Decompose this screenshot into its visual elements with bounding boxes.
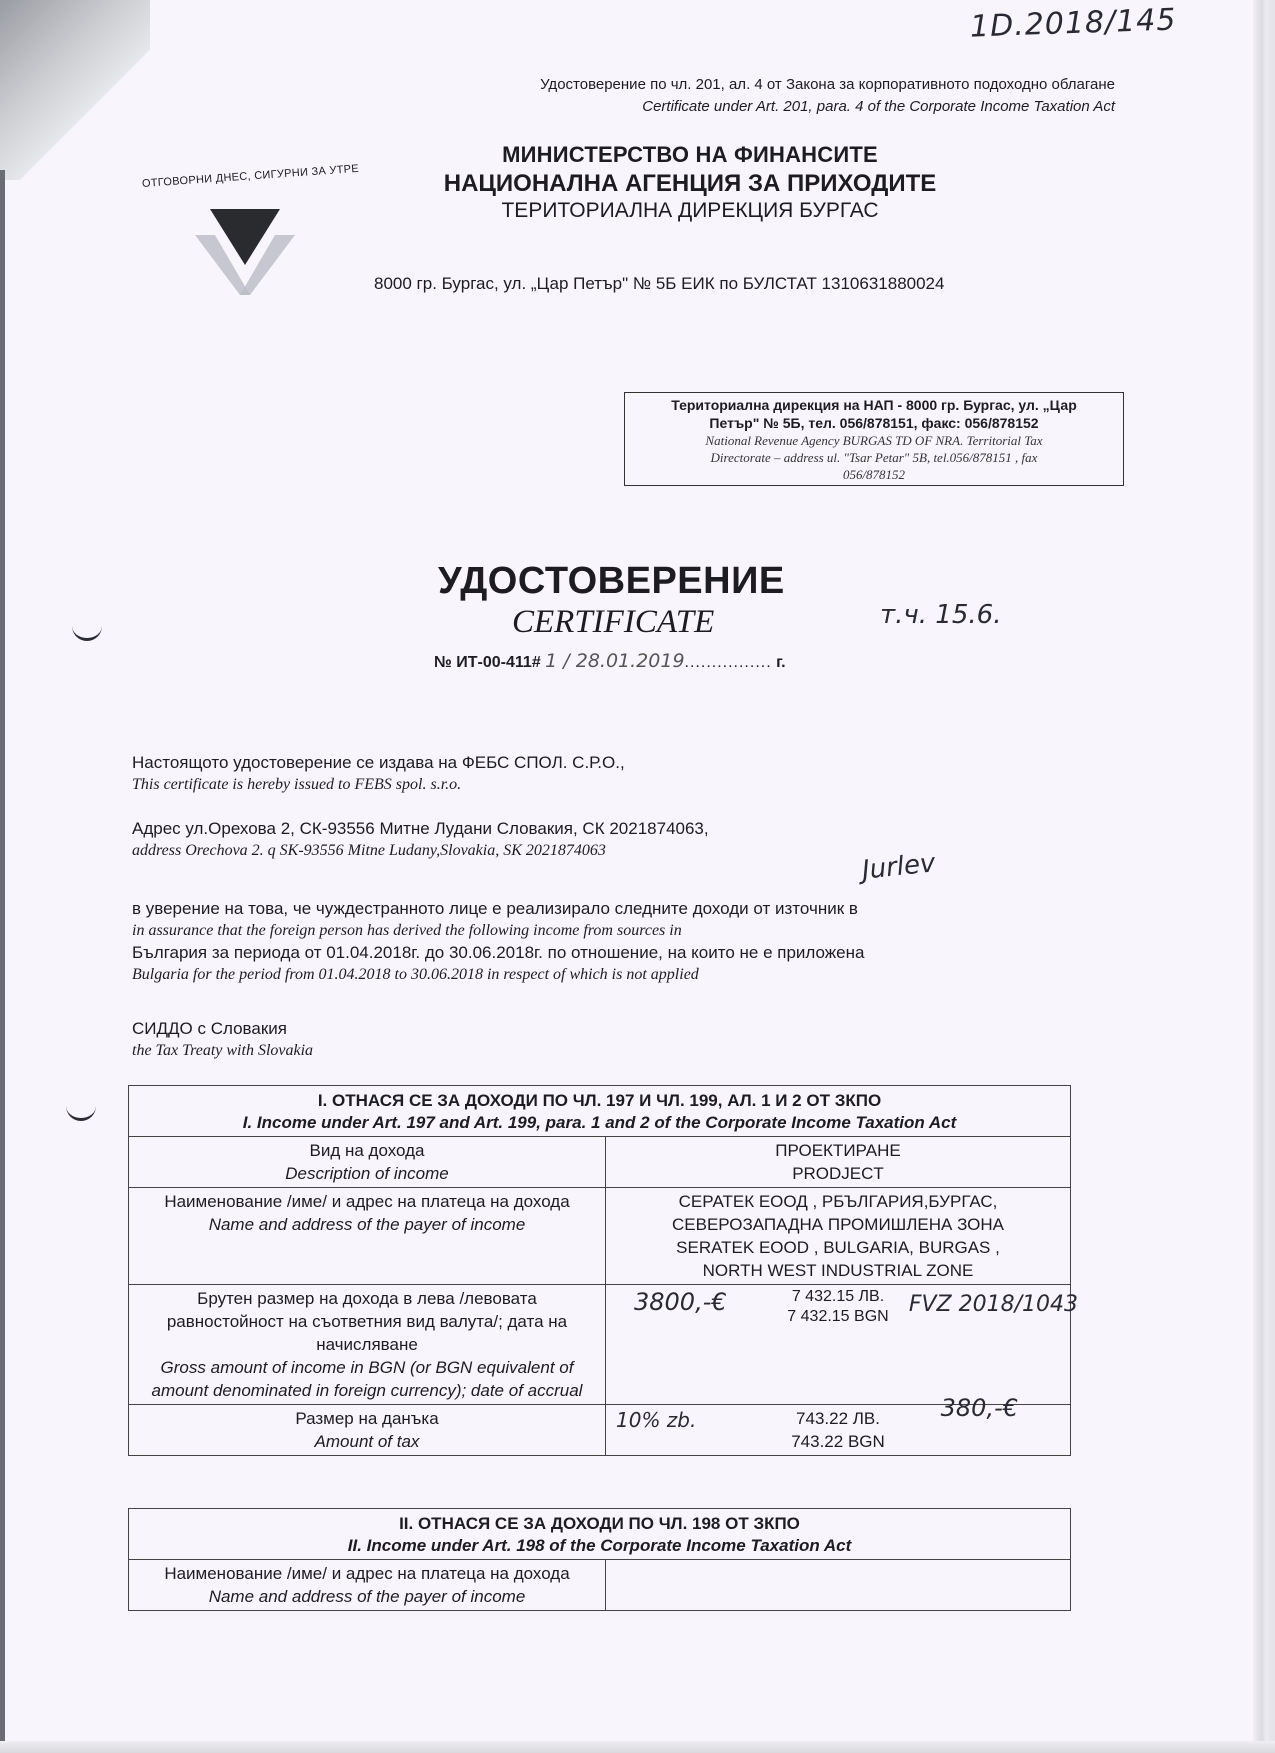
section2-title-en: II. Income under Art. 198 of the Corpora… (131, 1535, 1068, 1557)
table-row: Наименование /име/ и адрес на платеца на… (129, 1188, 1071, 1285)
handwritten-reference-number: 1D.2018/145 (969, 2, 1177, 44)
punch-hole-mark (66, 1098, 96, 1121)
assurance-paragraph: в уверение на това, че чуждестранното ли… (132, 898, 864, 986)
issued-to-bg: Настоящото удостоверение се издава на ФЕ… (132, 752, 625, 774)
stamp-line-en-1: National Revenue Agency BURGAS TD OF NRA… (625, 432, 1123, 449)
agency-address: 8000 гр. Бургас, ул. „Цар Петър" № 5Б ЕИ… (374, 274, 944, 294)
address-paragraph: Адрес ул.Орехова 2, СК-93556 Митне Лудан… (132, 818, 709, 862)
row-label: Наименование /име/ и адрес на платеца на… (129, 1188, 606, 1285)
treaty-paragraph: СИДДО с Словакия the Tax Treaty with Slo… (132, 1018, 313, 1062)
value-line: ПРОЕКТИРАНЕ (609, 1139, 1067, 1162)
label-bg: Наименование /име/ и адрес на платеца на… (132, 1562, 602, 1585)
label-bg: Вид на дохода (132, 1139, 602, 1162)
certificate-number-prefix: № ИТ-00-411# (434, 654, 541, 671)
section2-title-bg: II. ОТНАСЯ СЕ ЗА ДОХОДИ ПО ЧЛ. 198 ОТ ЗК… (131, 1513, 1068, 1535)
logo-motto: ОТГОВОРНИ ДНЕС, СИГУРНИ ЗА УТРЕ (142, 163, 360, 190)
section2-header: II. ОТНАСЯ СЕ ЗА ДОХОДИ ПО ЧЛ. 198 ОТ ЗК… (129, 1509, 1071, 1560)
label-bg: Брутен размер на дохода в лева /левовата… (132, 1287, 602, 1356)
page-edge-right (1253, 0, 1275, 1753)
row-label: Вид на дохода Description of income (129, 1137, 606, 1188)
ministry-name: МИНИСТЕРСТВО НА ФИНАНСИТЕ (380, 142, 1000, 168)
handwritten-tax-rate: 10% zb. (616, 1409, 696, 1432)
section1-title-en: I. Income under Art. 197 and Art. 199, p… (131, 1112, 1068, 1134)
nra-address-stamp: Териториална дирекция на НАП - 8000 гр. … (624, 392, 1124, 486)
punch-hole-mark (72, 618, 102, 641)
handwritten-tax-eur: 380,-€ (941, 1397, 1018, 1420)
recipient-address-en: address Orechova 2. q SK-93556 Mitne Lud… (132, 840, 709, 862)
page-edge-bottom (0, 1741, 1275, 1753)
table-row: Наименование /име/ и адрес на платеца на… (129, 1560, 1071, 1611)
label-en: Description of income (132, 1162, 602, 1185)
issued-to-paragraph: Настоящото удостоверение се издава на ФЕ… (132, 752, 625, 796)
handwritten-invoice-number: FVZ 2018/1043 (909, 1293, 1078, 1316)
value-line: PRODJECT (609, 1162, 1067, 1185)
section1-header: I. ОТНАСЯ СЕ ЗА ДОХОДИ ПО ЧЛ. 197 И ЧЛ. … (129, 1086, 1071, 1137)
treaty-bg: СИДДО с Словакия (132, 1018, 313, 1040)
section2-income-table: II. ОТНАСЯ СЕ ЗА ДОХОДИ ПО ЧЛ. 198 ОТ ЗК… (128, 1508, 1071, 1611)
label-en: Name and address of the payer of income (132, 1585, 602, 1608)
directorate-name: ТЕРИТОРИАЛНА ДИРЕКЦИЯ БУРГАС (380, 199, 1000, 223)
value-line: 743.22 BGN (609, 1430, 1067, 1453)
issued-to-en: This certificate is hereby issued to FEB… (132, 774, 625, 796)
legal-basis-bg: Удостоверение по чл. 201, ал. 4 от Закон… (540, 76, 1115, 93)
row-value: ПРОЕКТИРАНЕ PRODJECT (606, 1137, 1071, 1188)
label-en: Name and address of the payer of income (132, 1213, 602, 1236)
row-label: Наименование /име/ и адрес на платеца на… (129, 1560, 606, 1611)
agency-name: НАЦИОНАЛНА АГЕНЦИЯ ЗА ПРИХОДИТЕ (380, 170, 1000, 198)
row-value: СЕРАТЕК ЕООД , РБЪЛГАРИЯ,БУРГАС, СЕВЕРОЗ… (606, 1188, 1071, 1285)
handwritten-gross-eur: 3800,-€ (634, 1291, 727, 1314)
value-line: NORTH WEST INDUSTRIAL ZONE (609, 1259, 1067, 1282)
assurance-en-2: Bulgaria for the period from 01.04.2018 … (132, 964, 864, 986)
section1-income-table: I. ОТНАСЯ СЕ ЗА ДОХОДИ ПО ЧЛ. 197 И ЧЛ. … (128, 1085, 1071, 1456)
folded-corner (0, 0, 150, 180)
row-value: 3800,-€ FVZ 2018/1043 7 432.15 ЛВ. 7 432… (606, 1285, 1071, 1405)
assurance-bg-2: България за периода от 01.04.2018г. до 3… (132, 942, 864, 964)
row-value-empty (606, 1560, 1071, 1611)
label-en: Gross amount of income in BGN (or BGN eq… (132, 1356, 602, 1402)
stamp-line-bg-2: Петър" № 5Б, тел. 056/878151, факс: 056/… (625, 414, 1123, 432)
table-row: Размер на данъка Amount of tax 10% zb. 3… (129, 1405, 1071, 1456)
label-en: Amount of tax (132, 1430, 602, 1453)
certificate-number-suffix: г. (772, 654, 786, 671)
value-line: SERATEK EOOD , BULGARIA, BURGAS , (609, 1236, 1067, 1259)
nra-logo-icon (190, 207, 300, 297)
stamp-line-bg-1: Териториална дирекция на НАП - 8000 гр. … (625, 396, 1123, 414)
scanned-page: 1D.2018/145 Удостоверение по чл. 201, ал… (0, 0, 1275, 1753)
recipient-address-bg: Адрес ул.Орехова 2, СК-93556 Митне Лудан… (132, 818, 709, 840)
row-label: Брутен размер на дохода в лева /левовата… (129, 1285, 606, 1405)
table-row: Брутен размер на дохода в лева /левовата… (129, 1285, 1071, 1405)
label-bg: Размер на данъка (132, 1407, 602, 1430)
certificate-title-en: CERTIFICATE (512, 604, 714, 641)
stamp-line-en-3: 056/878152 (625, 466, 1123, 483)
assurance-bg-1: в уверение на това, че чуждестранното ли… (132, 898, 864, 920)
label-bg: Наименование /име/ и адрес на платеца на… (132, 1190, 602, 1213)
certificate-number-handwritten: 1 / 28.01.2019 (545, 650, 684, 672)
section1-title-bg: I. ОТНАСЯ СЕ ЗА ДОХОДИ ПО ЧЛ. 197 И ЧЛ. … (131, 1090, 1068, 1112)
page-edge-left (0, 170, 5, 1753)
certificate-number: № ИТ-00-411# 1 / 28.01.2019.............… (434, 650, 786, 672)
assurance-en-1: in assurance that the foreign person has… (132, 920, 864, 942)
handwritten-signature: Jurlev (861, 848, 937, 886)
legal-basis-en: Certificate under Art. 201, para. 4 of t… (642, 98, 1115, 115)
stamp-line-en-2: Directorate – address ul. "Tsar Petar" 5… (625, 449, 1123, 466)
certificate-number-dots: ................ (685, 654, 772, 671)
row-value: 10% zb. 380,-€ 743.22 ЛВ. 743.22 BGN (606, 1405, 1071, 1456)
row-label: Размер на данъка Amount of tax (129, 1405, 606, 1456)
handwritten-margin-note: т.ч. 15.6. (880, 600, 1001, 630)
treaty-en: the Tax Treaty with Slovakia (132, 1040, 313, 1062)
value-line: СЕВЕРОЗАПАДНА ПРОМИШЛЕНА ЗОНА (609, 1213, 1067, 1236)
value-line: СЕРАТЕК ЕООД , РБЪЛГАРИЯ,БУРГАС, (609, 1190, 1067, 1213)
certificate-title-bg: УДОСТОВЕРЕНИЕ (438, 560, 785, 603)
table-row: Вид на дохода Description of income ПРОЕ… (129, 1137, 1071, 1188)
